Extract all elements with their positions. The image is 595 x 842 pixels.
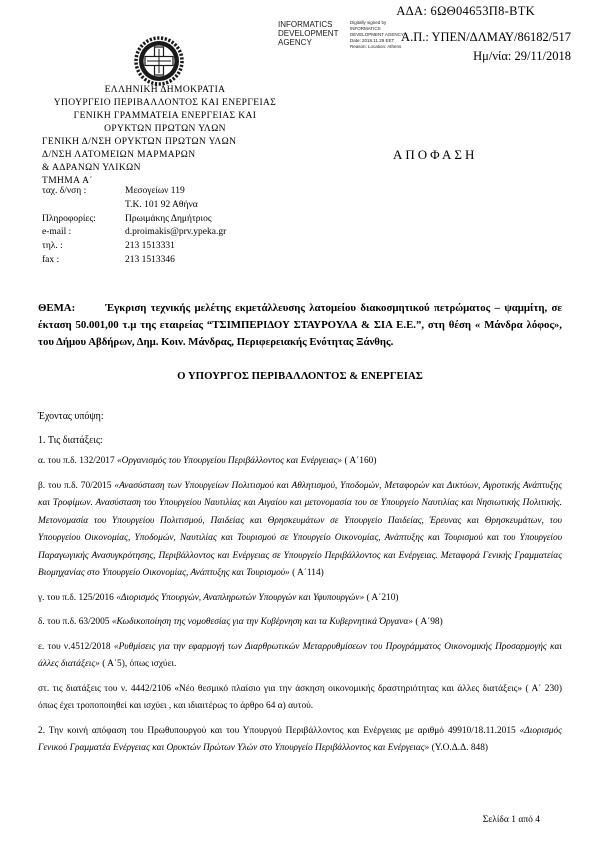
- provision-c-quote: «Διορισμός Υπουργών, Αναπληρωτών Υπουργώ…: [116, 593, 364, 603]
- provision-e: ε. του ν.4512/2018 «Ρυθμίσεις για την εφ…: [38, 639, 562, 674]
- contact-value-email: d.proimakis@prv.ypeka.gr: [125, 226, 226, 240]
- provision-e-suffix: ( Α΄5), όπως ισχύει.: [100, 659, 177, 669]
- provision-st: στ. τις διατάξεις του ν. 4442/2106 «Νέο …: [38, 681, 562, 716]
- digital-signature-stamp: INFORMATICS DEVELOPMENT AGENCY Digitally…: [278, 20, 410, 50]
- contact-value-address: Μεσογείων 119: [125, 185, 226, 199]
- contact-label-postcode: [42, 199, 125, 213]
- contact-label-phone: τηλ. :: [42, 240, 125, 254]
- provision-e-prefix: ε. του ν.4512/2018: [38, 642, 114, 652]
- provision-a-prefix: α. του π.δ. 132/2017: [38, 456, 117, 466]
- contact-value-phone: 213 1513331: [125, 240, 226, 254]
- provision-st-text: στ. τις διατάξεις του ν. 4442/2106 «Νέο …: [38, 684, 562, 712]
- paragraph-2: 2. Την κοινή απόφαση του Πρωθυπουργού κα…: [38, 723, 562, 758]
- contact-label-info: Πληροφορίες:: [42, 213, 125, 227]
- document-date: Ημ/νία: 29/11/2018: [473, 49, 571, 64]
- header-republic: ΕΛΛΗΝΙΚΗ ΔΗΜΟΚΡΑΤΙΑ: [25, 84, 305, 97]
- document-page: ΑΔΑ: 6ΩΘ04653Π8-ΒΤΚ INFORMATICS DEVELOPM…: [0, 0, 595, 842]
- preamble: Έχοντας υπόψη:: [38, 411, 562, 422]
- greek-coat-of-arms-icon: [127, 36, 191, 91]
- header-secretariat-line1: ΓΕΝΙΚΗ ΓΡΑΜΜΑΤΕΙΑ ΕΝΕΡΓΕΙΑΣ ΚΑΙ: [25, 110, 305, 123]
- section-1-heading: 1. Τις διατάξεις:: [38, 435, 562, 446]
- provision-a-suffix: ( Α΄160): [342, 456, 376, 466]
- provision-d-suffix: ( Α΄98): [413, 617, 443, 627]
- provision-b-prefix: β. του π.δ. 70/2015: [38, 481, 114, 491]
- ada-code: ΑΔΑ: 6ΩΘ04653Π8-ΒΤΚ: [396, 4, 535, 19]
- contact-label-fax: fax :: [42, 254, 125, 268]
- subject-text: Έγκριση τεχνικής μελέτης εκμετάλλευσης λ…: [38, 302, 562, 348]
- stamp-agency-name: INFORMATICS DEVELOPMENT AGENCY: [278, 20, 346, 50]
- decision-heading: ΑΠΟΦΑΣΗ: [393, 147, 477, 163]
- provision-b-quote: «Ανασύσταση των Υπουργείων Πολιτισμού κα…: [38, 481, 562, 579]
- provision-d-prefix: δ. του π.δ. 63/2005: [38, 617, 112, 627]
- provision-d-quote: «Κωδικοποίηση της νομοθεσίας για την Κυβ…: [112, 617, 413, 627]
- header-ministry: ΥΠΟΥΡΓΕΙΟ ΠΕΡΙΒΑΛΛΟΝΤΟΣ ΚΑΙ ΕΝΕΡΓΕΙΑΣ: [25, 97, 305, 110]
- ministry-header: ΕΛΛΗΝΙΚΗ ΔΗΜΟΚΡΑΤΙΑ ΥΠΟΥΡΓΕΙΟ ΠΕΡΙΒΑΛΛΟΝ…: [25, 84, 305, 136]
- provision-d: δ. του π.δ. 63/2005 «Κωδικοποίηση της νο…: [38, 614, 562, 632]
- page-number: Σελίδα 1 από 4: [483, 815, 540, 825]
- provision-a-quote: «Οργανισμός του Υπουργείου Περιβάλλοντος…: [117, 456, 342, 466]
- minister-heading: Ο ΥΠΟΥΡΓΟΣ ΠΕΡΙΒΑΛΛΟΝΤΟΣ & ΕΝΕΡΓΕΙΑΣ: [38, 370, 562, 382]
- header-secretariat-line2: ΟΡΥΚΤΩΝ ΠΡΩΤΩΝ ΥΛΩΝ: [25, 123, 305, 136]
- header-directorate-general: ΓΕΝΙΚΗ Δ/ΝΣΗ ΟΡΥΚΤΩΝ ΠΡΩΤΩΝ ΥΛΩΝ: [42, 136, 236, 149]
- header-directorate-line2: & ΑΔΡΑΝΩΝ ΥΛΙΚΩΝ: [42, 162, 236, 175]
- contact-label-address: ταχ. δ/νση :: [42, 185, 125, 199]
- provision-a: α. του π.δ. 132/2017 «Οργανισμός του Υπο…: [38, 453, 562, 471]
- paragraph-2-suffix: (Υ.Ο.Δ.Δ. 848): [429, 743, 488, 753]
- provision-b-suffix: ( Α΄114): [290, 568, 324, 578]
- contact-value-info: Πρωιμάκης Δημήτριος: [125, 213, 226, 227]
- contact-label-email: e-mail :: [42, 226, 125, 240]
- subject-paragraph: ΘΕΜΑ: Έγκριση τεχνικής μελέτης εκμετάλλε…: [38, 300, 562, 351]
- provision-c: γ. του π.δ. 125/2016 «Διορισμός Υπουργών…: [38, 590, 562, 608]
- directorate-header: ΓΕΝΙΚΗ Δ/ΝΣΗ ΟΡΥΚΤΩΝ ΠΡΩΤΩΝ ΥΛΩΝ Δ/ΝΣΗ Λ…: [42, 136, 236, 188]
- contact-info: ταχ. δ/νση : Μεσογείων 119 Τ.Κ. 101 92 Α…: [42, 185, 226, 268]
- contact-value-postcode: Τ.Κ. 101 92 Αθήνα: [125, 199, 226, 213]
- paragraph-2-prefix: 2. Την κοινή απόφαση του Πρωθυπουργού κα…: [38, 726, 520, 736]
- header-directorate-line1: Δ/ΝΣΗ ΛΑΤΟΜΕΙΩΝ ΜΑΡΜΑΡΩΝ: [42, 149, 236, 162]
- protocol-number: Α.Π.: ΥΠΕΝ/ΔΛΜΑΥ/86182/517: [401, 30, 571, 45]
- document-body: ΘΕΜΑ: Έγκριση τεχνικής μελέτης εκμετάλλε…: [38, 300, 562, 758]
- contact-value-fax: 213 1513346: [125, 254, 226, 268]
- subject-label: ΘΕΜΑ:: [38, 302, 75, 314]
- provision-c-suffix: ( Α΄210): [364, 593, 398, 603]
- provision-c-prefix: γ. του π.δ. 125/2016: [38, 593, 116, 603]
- provision-b: β. του π.δ. 70/2015 «Ανασύσταση των Υπου…: [38, 478, 562, 583]
